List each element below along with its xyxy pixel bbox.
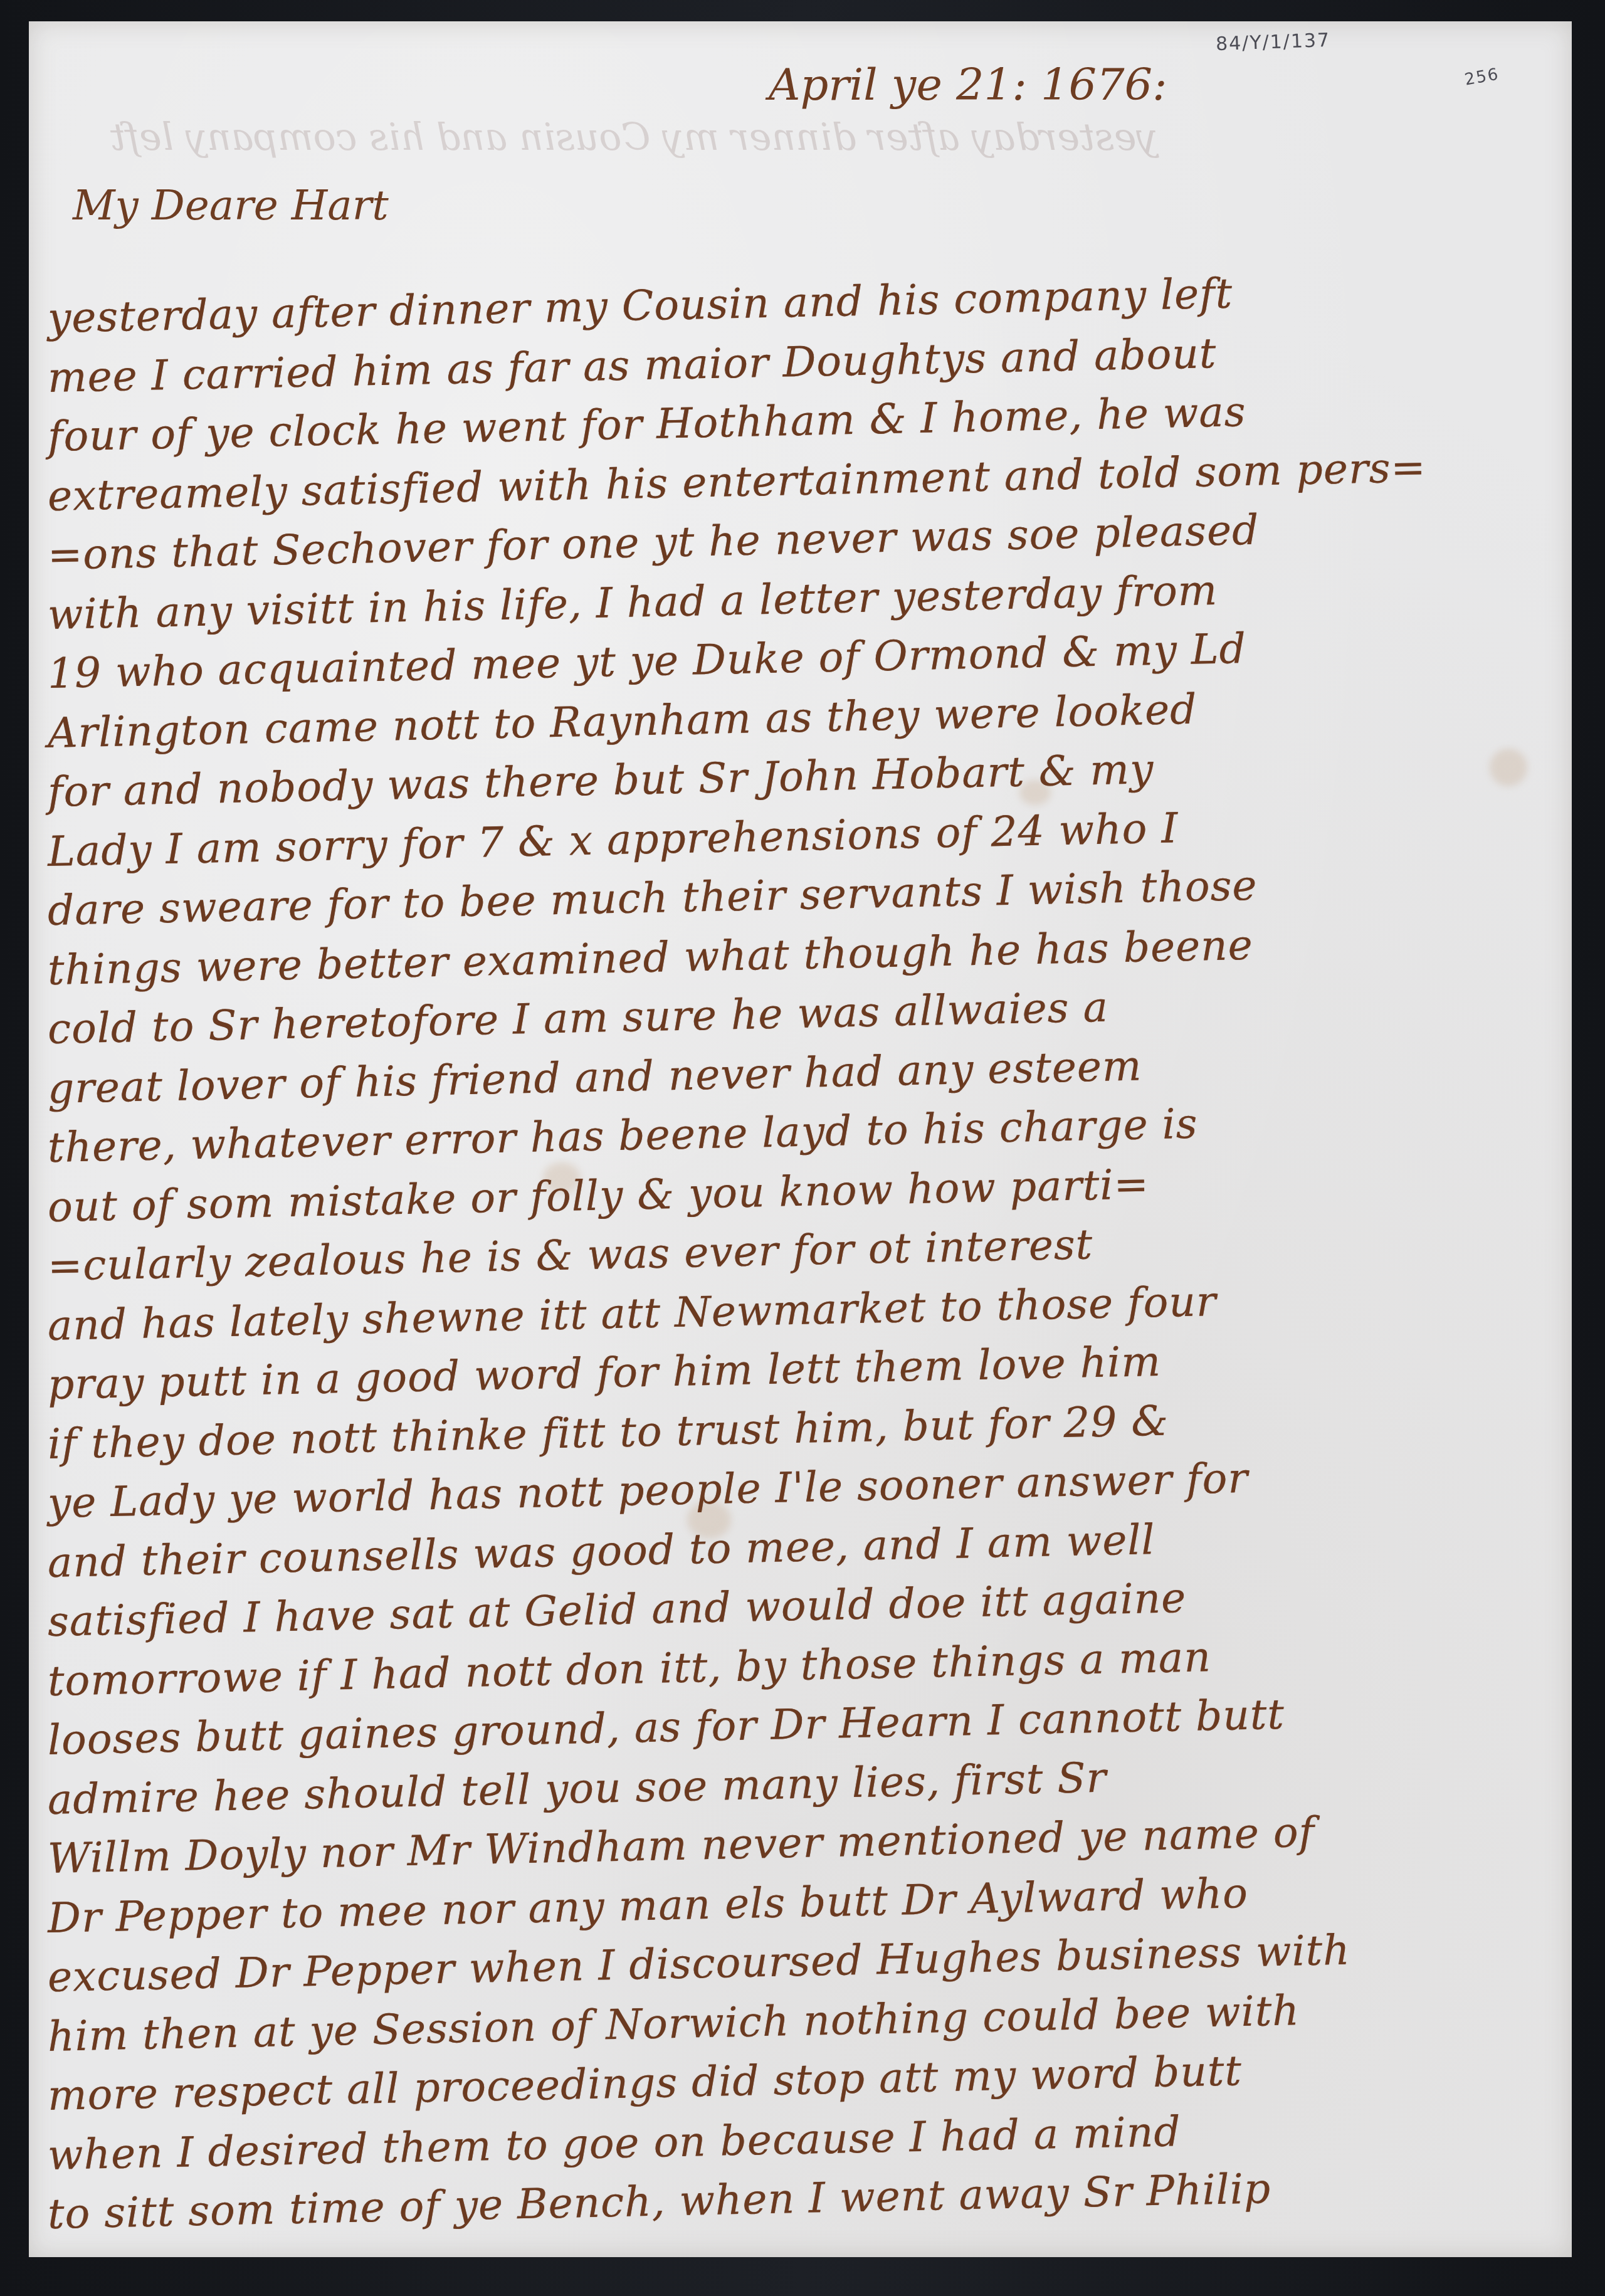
letter-line: great lover of his friend and never had …: [47, 1041, 1142, 1113]
archive-reference: 84/Y/1/137: [1215, 29, 1330, 55]
letter-line: if they doe nott thinke fitt to trust hi…: [47, 1396, 1169, 1468]
letter-line: mee I carried him as far as maior Dought…: [47, 329, 1217, 401]
letter-line: when I desired them to goe on because I …: [47, 2107, 1181, 2179]
letter-line: =ons that Sechover for one yt he never w…: [47, 506, 1260, 579]
letter-line: out of som mistake or folly & you know h…: [47, 1160, 1149, 1231]
letter-line: and has lately shewne itt att Newmarket …: [47, 1277, 1217, 1349]
letter-line: yesterday after dinner my Cousin and his…: [47, 269, 1233, 342]
letter-line: Lady I am sorry for 7 & x apprehensions …: [47, 804, 1179, 876]
foxing-stain: [1490, 749, 1527, 786]
letter-line: =cularly zealous he is & was ever for ot…: [47, 1220, 1093, 1290]
letter-line: four of ye clock he went for Hothham & I…: [47, 387, 1246, 461]
letter-line: for and nobody was there but Sr John Hob…: [47, 745, 1154, 816]
letter-date: April ye 21: 1676:: [769, 59, 1167, 110]
letter-line: dare sweare for to bee much their servan…: [47, 861, 1258, 935]
letter-line: Arlington came nott to Raynham as they w…: [47, 685, 1197, 757]
manuscript-page: yesterday after dinner my Cousin and his…: [29, 21, 1572, 2257]
letter-line: and their counsells was good to mee, and…: [47, 1515, 1155, 1587]
folio-number: 256: [1463, 65, 1501, 89]
letter-line: more respect all proceedings did stop at…: [47, 2046, 1242, 2120]
letter-line: admire hee should tell you soe many lies…: [47, 1753, 1107, 1823]
show-through-text: yesterday after dinner my Cousin and his…: [110, 115, 1157, 159]
letter-line: 19 who acquainted mee yt ye Duke of Ormo…: [47, 624, 1246, 698]
letter-line: with any visitt in his life, I had a let…: [47, 566, 1218, 638]
letter-line: satisfied I have sat at Gelid and would …: [47, 1574, 1187, 1646]
letter-line: there, whatever error has beene layd to …: [47, 1100, 1198, 1172]
letter-line: tomorrowe if I had nott don itt, by thos…: [47, 1633, 1211, 1705]
letter-line: cold to Sr heretofore I am sure he was a…: [47, 983, 1108, 1053]
letter-line: pray putt in a good word for him lett th…: [47, 1337, 1161, 1409]
letter-salutation: My Deare Hart: [73, 181, 389, 229]
letter-line: ye Lady ye world has nott people I'le so…: [47, 1454, 1248, 1527]
